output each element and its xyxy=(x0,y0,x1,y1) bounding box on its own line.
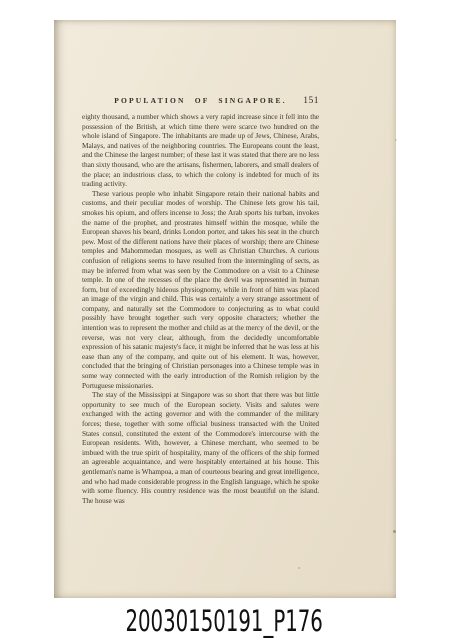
caption-bar: 20030150191_P176 xyxy=(0,598,449,640)
paragraph: These various people who inhabit Singapo… xyxy=(82,189,319,390)
page-body: eighty thousand, a number which shows a … xyxy=(82,112,319,505)
running-title: POPULATION OF SINGAPORE. xyxy=(82,96,319,106)
paragraph: The stay of the Mississippi at Singapore… xyxy=(82,390,319,505)
page-header: POPULATION OF SINGAPORE. 151 xyxy=(82,96,319,108)
page-speck xyxy=(393,530,396,533)
page-number: 151 xyxy=(303,95,319,107)
archive-id-label: 20030150191_P176 xyxy=(126,604,323,638)
page-speck xyxy=(298,567,300,569)
book-page-photo: POPULATION OF SINGAPORE. 151 eighty thou… xyxy=(54,20,396,598)
scan-viewer: POPULATION OF SINGAPORE. 151 eighty thou… xyxy=(0,0,449,640)
page-speck xyxy=(395,139,397,141)
paragraph: eighty thousand, a number which shows a … xyxy=(82,112,319,189)
